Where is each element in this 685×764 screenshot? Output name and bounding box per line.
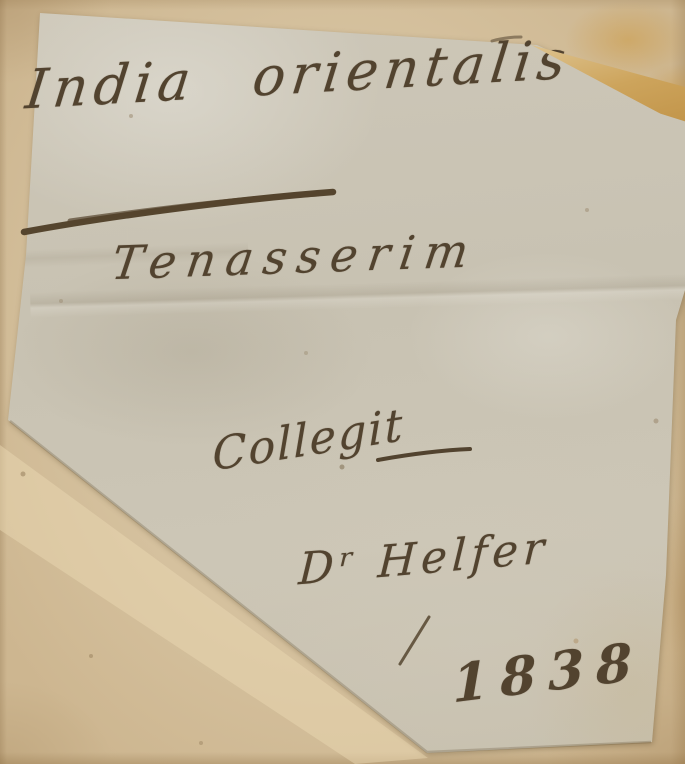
paper-speckles <box>0 0 2 2</box>
specimen-photo-canvas: India orientalis Tenasserim Collegit Dʳ … <box>0 0 685 764</box>
